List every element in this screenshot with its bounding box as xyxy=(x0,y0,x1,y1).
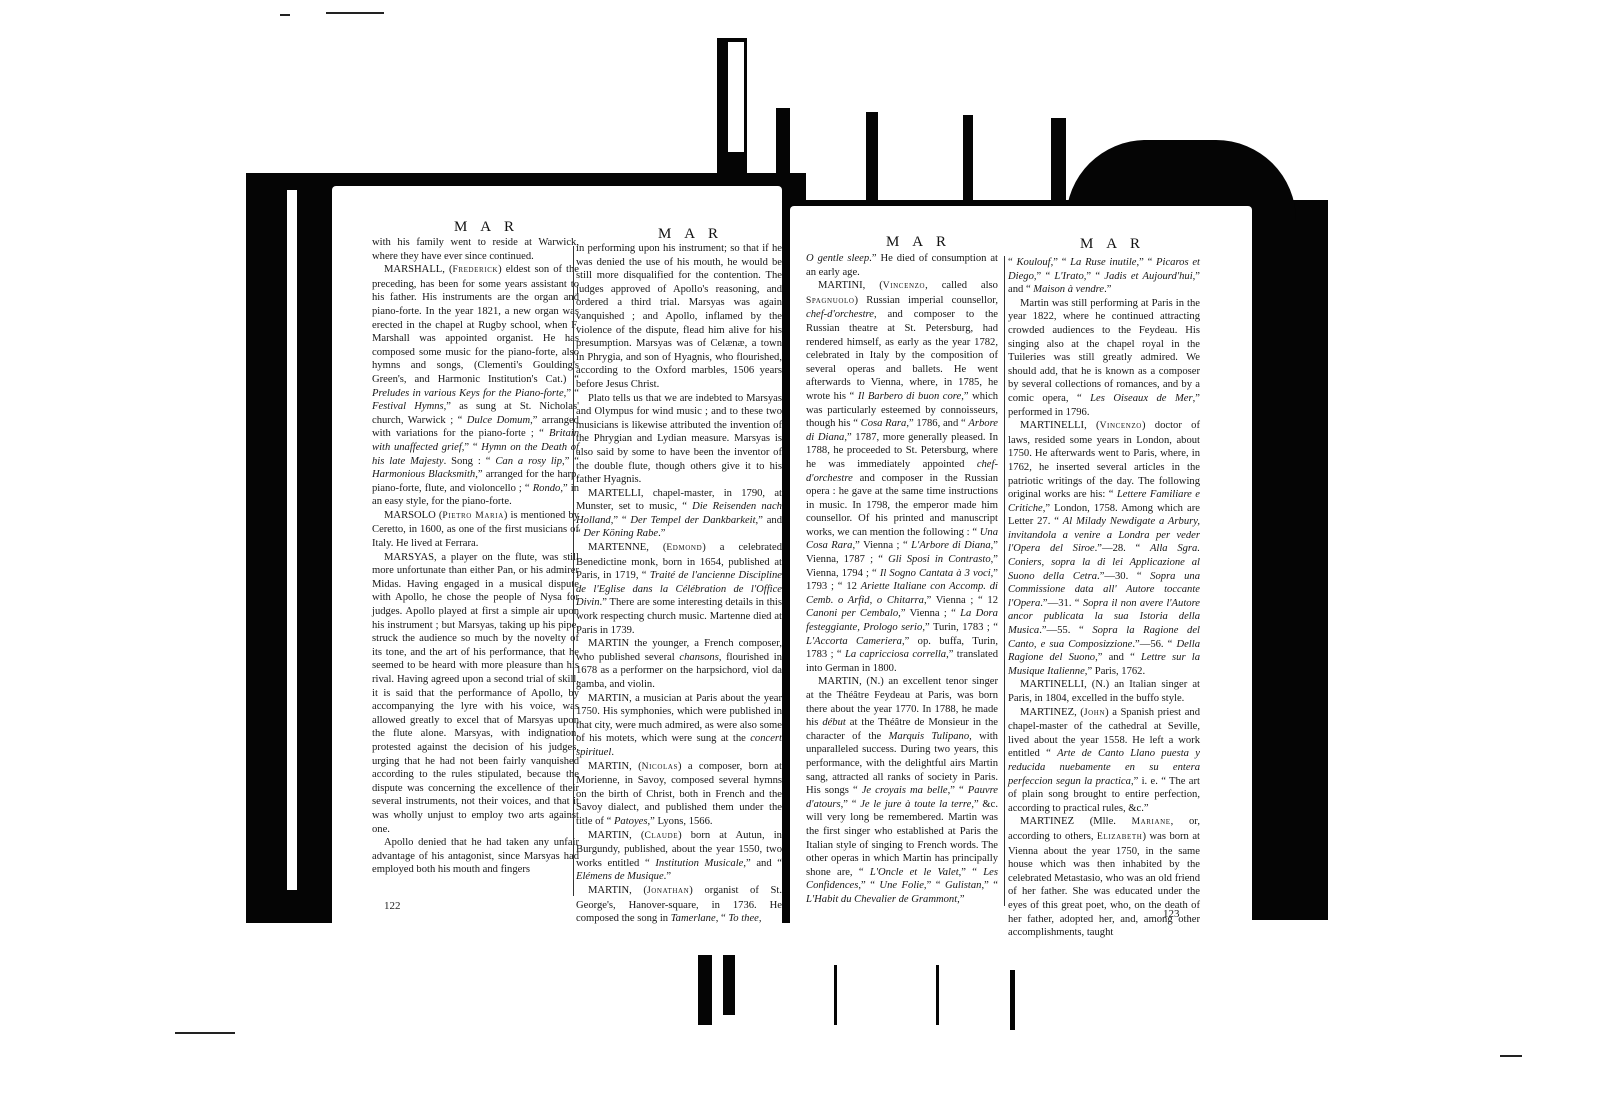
entry-paragraph: MARTINI, (Vincenzo, called also Spagnuol… xyxy=(806,279,998,675)
entry-paragraph: MARTINELLI, (N.) an Italian singer at Pa… xyxy=(1008,678,1200,705)
entry-paragraph: MARTIN, (Claude) born at Autun, in Burgu… xyxy=(576,829,782,884)
scan-bottom-spike-5 xyxy=(1010,970,1015,1030)
scan-bottom-spike-4 xyxy=(936,965,939,1025)
scan-gap-left xyxy=(287,190,297,890)
entry-paragraph: MARTIN, (N.) an excellent tenor singer a… xyxy=(806,675,998,906)
scan-spike-3 xyxy=(866,112,878,212)
scan-mark-top-left xyxy=(326,12,384,14)
left-page-number: 122 xyxy=(384,900,401,912)
left-page-column-2: in performing upon his instrument; so th… xyxy=(576,242,782,926)
right-page-header-1: M A R xyxy=(886,234,951,251)
entry-paragraph: MARTIN the younger, a French composer, w… xyxy=(576,637,782,691)
entry-paragraph: MARTELLI, chapel-master, in 1790, at Mun… xyxy=(576,487,782,541)
entry-paragraph: in performing upon his instrument; so th… xyxy=(576,242,782,392)
entry-paragraph: “ Koulouf,” “ La Ruse inutile,” “ Picaro… xyxy=(1008,256,1200,297)
scan-mark-bottom-left xyxy=(175,1032,235,1034)
entry-paragraph: MARTIN, a musician at Paris about the ye… xyxy=(576,692,782,760)
entry-paragraph: MARSYAS, a player on the flute, was stil… xyxy=(372,551,579,836)
entry-paragraph: MARSOLO (Pietro Maria) is mentioned by C… xyxy=(372,509,579,551)
entry-paragraph: O gentle sleep.” He died of consumption … xyxy=(806,252,998,279)
left-page-column-1: with his family went to reside at Warwic… xyxy=(372,236,579,877)
scan-mark-top-left-2 xyxy=(280,14,290,16)
right-page: M A R M A R O gentle sleep.” He died of … xyxy=(790,206,1252,951)
right-page-column-2: “ Koulouf,” “ La Ruse inutile,” “ Picaro… xyxy=(1008,256,1200,940)
scan-spike-1-gap xyxy=(728,42,744,152)
scan-bottom-spike-3 xyxy=(834,965,837,1025)
left-page-header-1: M A R xyxy=(454,219,519,236)
left-page-header-2: M A R xyxy=(658,226,723,243)
entry-paragraph: MARTINELLI, (Vincenzo) doctor of laws, r… xyxy=(1008,419,1200,678)
left-page: M A R M A R with his family went to resi… xyxy=(332,186,782,954)
scan-bottom-spike-2 xyxy=(723,955,735,1015)
scan-bottom-spike-1 xyxy=(698,955,712,1025)
scan-spike-5 xyxy=(1051,118,1066,218)
scan-mark-bottom-right xyxy=(1500,1055,1522,1057)
entry-paragraph: MARTIN, (Jonathan) organist of St. Georg… xyxy=(576,884,782,926)
right-page-number: 123 xyxy=(1163,908,1180,920)
right-page-header-2: M A R xyxy=(1080,236,1145,253)
entry-paragraph: MARTENNE, (Edmond) a celebrated Benedict… xyxy=(576,541,782,637)
right-page-column-rule xyxy=(1004,256,1005,906)
entry-paragraph: Martin was still performing at Paris in … xyxy=(1008,297,1200,419)
entry-paragraph: Apollo denied that he had taken any unfa… xyxy=(372,836,579,877)
entry-paragraph: MARTIN, (Nicolas) a composer, born at Mo… xyxy=(576,760,782,829)
entry-paragraph: with his family went to reside at Warwic… xyxy=(372,236,579,263)
entry-paragraph: MARTINEZ, (John) a Spanish priest and ch… xyxy=(1008,706,1200,816)
entry-paragraph: MARSHALL, (Frederick) eldest son of the … xyxy=(372,263,579,509)
scan-spike-4 xyxy=(963,115,973,215)
right-page-column-1: O gentle sleep.” He died of consumption … xyxy=(806,252,998,907)
entry-paragraph: MARTINEZ (Mlle. Mariane, or, according t… xyxy=(1008,815,1200,939)
entry-paragraph: Plato tells us that we are indebted to M… xyxy=(576,392,782,487)
left-page-column-rule xyxy=(573,246,574,896)
